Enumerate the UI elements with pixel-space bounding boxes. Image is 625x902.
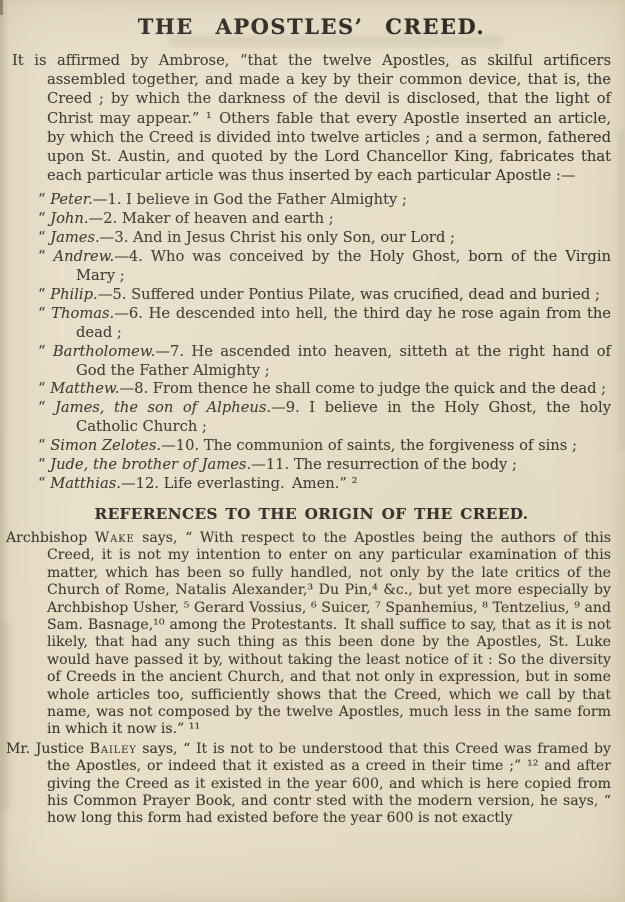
creed-item-peter: “ Peter.—1. I believe in God the Father … (12, 191, 611, 210)
apostle-name: Peter. (50, 191, 93, 208)
author-prefix: Archbishop (6, 530, 95, 546)
wake-quote-text: says, “ With respect to the Apostles bei… (47, 530, 611, 737)
open-quote: “ (38, 437, 50, 454)
apostle-name: Bartholomew. (53, 343, 155, 360)
apostle-name: Thomas. (51, 305, 114, 322)
bleed-through-ghost-right-upper (618, 130, 625, 450)
scanned-book-page: THE APOSTLES’ CREED. It is affirmed by A… (0, 0, 625, 902)
creed-item-text: —2. Maker of heaven and earth ; (89, 210, 334, 227)
open-quote: “ (38, 210, 50, 227)
creed-item-john: “ John.—2. Maker of heaven and earth ; (12, 210, 611, 229)
creed-item-bartholomew: “ Bartholomew.—7. He ascended into heave… (12, 343, 611, 381)
creed-item-andrew: “ Andrew.—4. Who was conceived by the Ho… (12, 248, 611, 286)
apostle-name: John. (50, 210, 88, 227)
creed-item-text: —12. Life everlasting. Amen.” ² (121, 475, 358, 492)
creed-item-text: —6. He descended into hell, the third da… (76, 305, 611, 341)
creed-item-james-alpheus: “ James, the son of Alpheus.—9. I believ… (12, 399, 611, 437)
page-title: THE APOSTLES’ CREED. (12, 14, 611, 39)
creed-item-text: —5. Suffered under Pontius Pilate, was c… (98, 286, 600, 303)
open-quote: “ (38, 380, 50, 397)
author-name-wake: Wake (95, 530, 135, 546)
creed-item-text: —3. And in Jesus Christ his only Son, ou… (100, 229, 455, 246)
apostle-name: Jude, the brother of James. (50, 456, 251, 473)
references-section-heading: REFERENCES TO THE ORIGIN OF THE CREED. (12, 505, 611, 523)
apostle-name: Simon Zelotes. (50, 437, 161, 454)
open-quote: “ (38, 343, 53, 360)
creed-item-text: —1. I believe in God the Father Almighty… (93, 191, 407, 208)
open-quote: “ (38, 248, 54, 265)
creed-list: “ Peter.—1. I believe in God the Father … (12, 191, 611, 494)
creed-item-text: —10. The communion of saints, the forgiv… (161, 437, 577, 454)
creed-item-jude: “ Jude, the brother of James.—11. The re… (12, 456, 611, 475)
apostle-name: Matthew. (50, 380, 119, 397)
intro-paragraph: It is affirmed by Ambrose, “that the twe… (12, 51, 611, 185)
author-name-bailey: Bailey (90, 741, 137, 757)
creed-item-text: —11. The resurrection of the body ; (251, 456, 517, 473)
creed-item-james: “ James.—3. And in Jesus Christ his only… (12, 229, 611, 248)
scan-edge-smudge (0, 0, 3, 15)
bailey-paragraph: Mr. Justice Bailey says, “ It is not to … (6, 741, 611, 828)
creed-item-philip: “ Philip.—5. Suffered under Pontius Pila… (12, 286, 611, 305)
wake-paragraph: Archbishop Wake says, “ With respect to … (6, 530, 611, 739)
apostle-name: Philip. (50, 286, 98, 303)
open-quote: “ (38, 286, 50, 303)
creed-item-text: —4. Who was conceived by the Holy Ghost,… (76, 248, 611, 284)
open-quote: “ (38, 191, 50, 208)
open-quote: “ (38, 399, 55, 416)
author-prefix: Mr. Justice (6, 741, 90, 757)
creed-item-matthew: “ Matthew.—8. From thence he shall come … (12, 380, 611, 399)
open-quote: “ (38, 456, 50, 473)
apostle-name: James. (50, 229, 99, 246)
creed-item-matthias: “ Matthias.—12. Life everlasting. Amen.”… (12, 475, 611, 494)
apostle-name: James, the son of Alpheus. (55, 399, 271, 416)
creed-item-text: —8. From thence he shall come to judge t… (119, 380, 606, 397)
creed-item-thomas: “ Thomas.—6. He descended into hell, the… (12, 305, 611, 343)
open-quote: “ (38, 229, 50, 246)
apostle-name: Andrew. (54, 248, 115, 265)
open-quote: “ (38, 305, 51, 322)
bleed-through-ghost-right-lower (618, 470, 624, 730)
open-quote: “ (38, 475, 50, 492)
creed-item-text: —7. He ascended into heaven, sitteth at … (76, 343, 611, 379)
apostle-name: Matthias. (50, 475, 121, 492)
creed-item-simon-zelotes: “ Simon Zelotes.—10. The communion of sa… (12, 437, 611, 456)
